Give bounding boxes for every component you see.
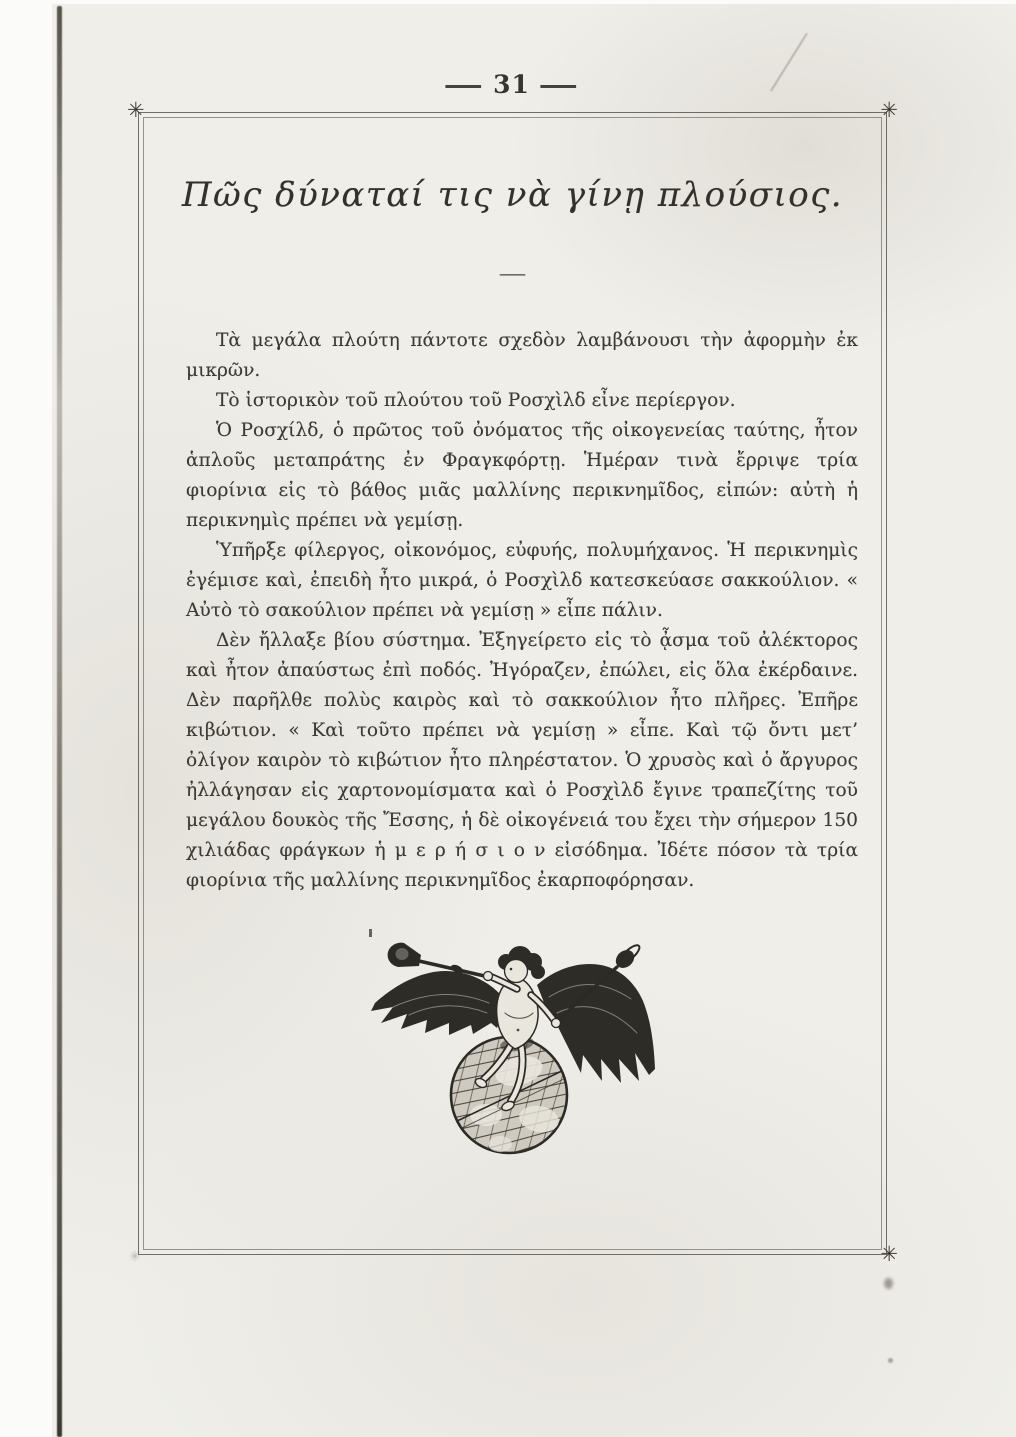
scanned-book-page: —31— ✳ ✳ ✳ ✳ Πῶς δύναταί τις νὰ γίνῃ πλο… xyxy=(0,0,1016,1437)
cherub-on-globe-with-trumpets-icon xyxy=(369,933,669,1165)
ink-speck xyxy=(884,1278,893,1289)
page-number-right-dash: — xyxy=(538,70,580,99)
paragraph: Τὰ μεγάλα πλούτη πάντοτε σχεδὸν λαμβάνου… xyxy=(186,326,858,386)
illustration-container xyxy=(369,933,669,1165)
paragraph: Δὲν ἤλλαξε βίου σύστημα. Ἐξηγείρετο εἰς … xyxy=(186,626,858,896)
page-edge-shadow xyxy=(57,6,62,1437)
decorative-frame: ✳ ✳ ✳ ✳ Πῶς δύναταί τις νὰ γίνῃ πλούσιος… xyxy=(138,112,887,1255)
article-body: Τὰ μεγάλα πλούτη πάντοτε σχεδὸν λαμβάνου… xyxy=(186,326,858,896)
paragraph: Ὁ Ροσχίλδ, ὁ πρῶτος τοῦ ὀνόματος τῆς οἰκ… xyxy=(186,416,858,536)
article-title: Πῶς δύναταί τις νὰ γίνῃ πλούσιος. xyxy=(139,175,886,215)
page-number-value: 31 xyxy=(493,70,530,99)
page-content: Πῶς δύναταί τις νὰ γίνῃ πλούσιος. — Τὰ μ… xyxy=(139,113,886,1254)
paragraph: Ὑπῆρξε φίλεργος, οἰκονόμος, εὐφυής, πολυ… xyxy=(186,536,858,626)
paragraph: Τὸ ἱστορικὸν τοῦ πλούτου τοῦ Ροσχὶλδ εἶν… xyxy=(186,386,858,416)
ink-speck xyxy=(888,1358,893,1363)
title-divider: — xyxy=(0,261,1016,285)
page-number: —31— xyxy=(138,70,885,99)
page-number-left-dash: — xyxy=(443,70,485,99)
